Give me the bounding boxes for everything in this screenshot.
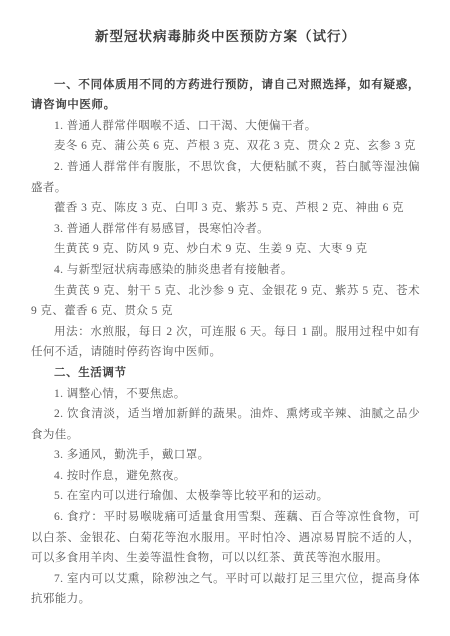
document-page: 新型冠状病毒肺炎中医预防方案（试行） 一、不同体质用不同的方药进行预防，请自己对… xyxy=(0,0,450,636)
group-2-symptoms: 2. 普通人群常伴有腹胀，不思饮食，大便粘腻不爽，苔白腻等湿浊偏盛者。 xyxy=(31,157,420,198)
lifestyle-item-5: 5. 在室内可以进行瑜伽、太极拳等比较平和的运动。 xyxy=(31,486,420,507)
lifestyle-item-6: 6. 食疗：平时易喉咙痛可适量食用雪梨、莲藕、百合等凉性食物，可以白茶、金银花、… xyxy=(31,507,420,569)
lifestyle-item-3: 3. 多通风，勤洗手，戴口罩。 xyxy=(31,445,420,466)
group-1-symptoms: 1. 普通人群常伴咽喉不适、口干渴、大便偏干者。 xyxy=(31,116,420,137)
section-1-heading: 一、不同体质用不同的方药进行预防，请自己对照选择，如有疑惑，请咨询中医师。 xyxy=(31,75,420,116)
group-1-herbs: 麦冬 6 克、蒲公英 6 克、芦根 3 克、双花 3 克、贯众 2 克、玄参 3… xyxy=(31,136,420,157)
lifestyle-item-1: 1. 调整心情，不要焦虑。 xyxy=(31,384,420,405)
group-3-herbs: 生黄芪 9 克、防风 9 克、炒白术 9 克、生姜 9 克、大枣 9 克 xyxy=(31,239,420,260)
group-4-herbs: 生黄芪 9 克、射干 5 克、北沙参 9 克、金银花 9 克、紫苏 5 克、苍术… xyxy=(31,281,420,322)
lifestyle-item-4: 4. 按时作息，避免熬夜。 xyxy=(31,466,420,487)
group-4-symptoms: 4. 与新型冠状病毒感染的肺炎患者有接触者。 xyxy=(31,260,420,281)
group-3-symptoms: 3. 普通人群常伴有易感冒，畏寒怕冷者。 xyxy=(31,219,420,240)
section-2-heading: 二、生活调节 xyxy=(31,363,420,384)
lifestyle-item-2: 2. 饮食清淡，适当增加新鲜的蔬果。油炸、熏烤或辛辣、油腻之品少食为佳。 xyxy=(31,404,420,445)
group-2-herbs: 藿香 3 克、陈皮 3 克、白叩 3 克、紫苏 5 克、芦根 2 克、神曲 6 … xyxy=(31,198,420,219)
lifestyle-item-7: 7. 室内可以艾熏，除秽浊之气。平时可以敲打足三里穴位，提高身体抗邪能力。 xyxy=(31,569,420,610)
document-title: 新型冠状病毒肺炎中医预防方案（试行） xyxy=(31,27,420,48)
usage-instructions: 用法：水煎服，每日 2 次，可连服 6 天。每日 1 副。服用过程中如有任何不适… xyxy=(31,322,420,363)
